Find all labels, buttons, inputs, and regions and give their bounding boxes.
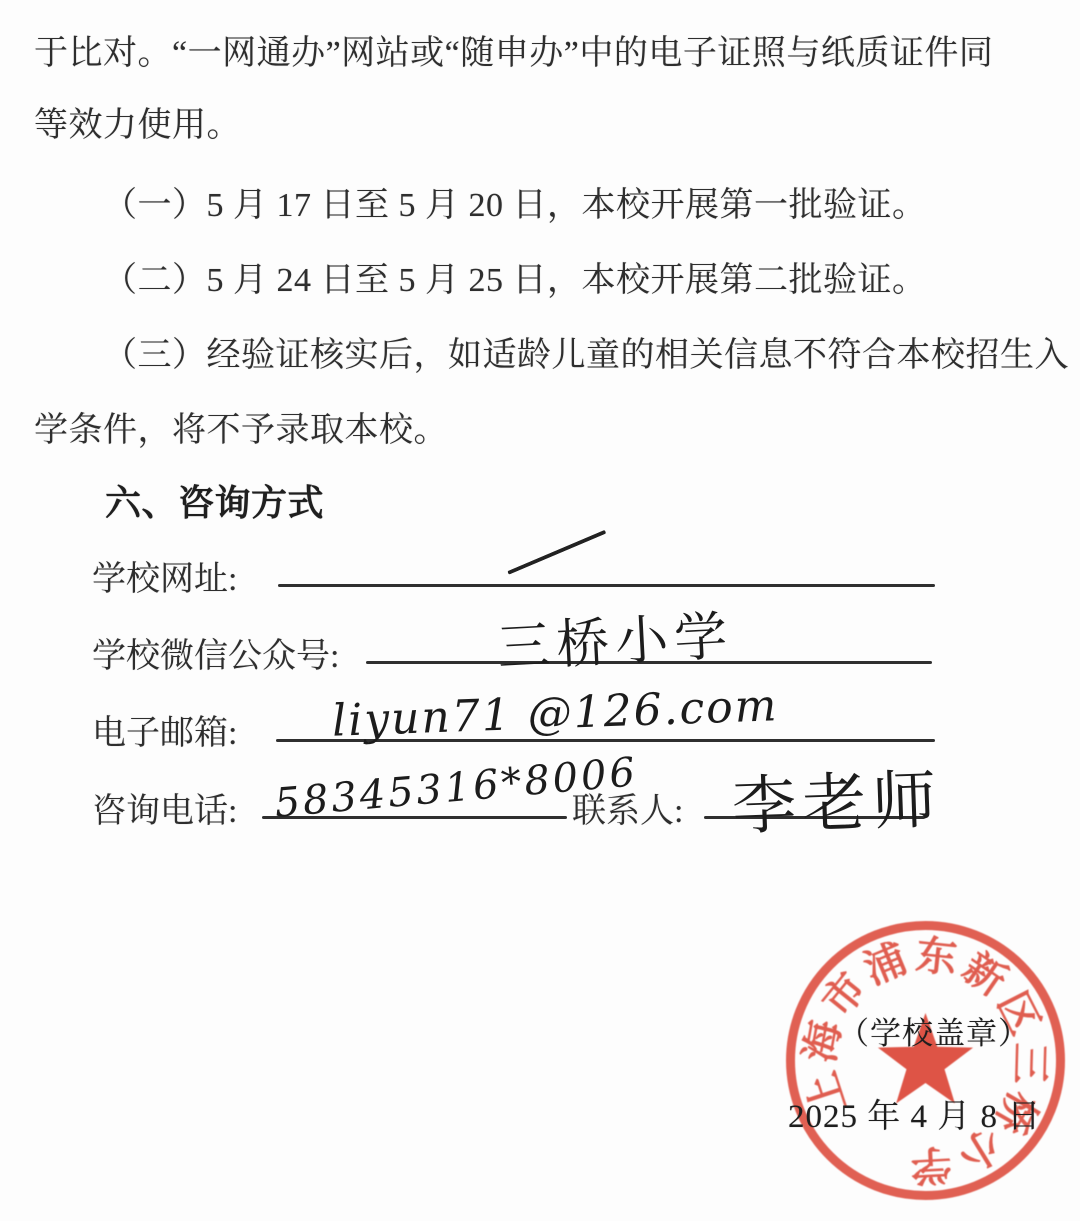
website-label: 学校网址: bbox=[92, 551, 237, 600]
list-item-one: （一）5 月 17 日至 5 月 20 日，本校开展第一批验证。 bbox=[103, 177, 927, 226]
email-handwritten-value: liyun71 @126.com bbox=[331, 680, 779, 747]
document-page: 于比对。“一网通办”网站或“随申办”中的电子证照与纸质证件同 等效力使用。 （一… bbox=[0, 0, 1080, 1221]
section-heading: 六、咨询方式 bbox=[105, 475, 324, 526]
school-seal-stamp: 上 海 市 浦 东 新 区 三 桥 小 学 bbox=[783, 918, 1068, 1203]
contact-label: 联系人: bbox=[572, 783, 683, 832]
list-item-three: （三）经验证核实后，如适龄儿童的相关信息不符合本校招生入 bbox=[103, 327, 1069, 376]
wechat-handwritten-value: 三桥小学 bbox=[495, 594, 735, 682]
website-field-line bbox=[278, 584, 935, 587]
contact-handwritten-value: 李老师 bbox=[730, 748, 943, 847]
paragraph-line: 于比对。“一网通办”网站或“随申办”中的电子证照与纸质证件同 bbox=[34, 25, 993, 74]
seal-char: 东 bbox=[914, 932, 960, 982]
seal-char: 学 bbox=[909, 1141, 952, 1189]
document-date: 2025 年 4 月 8 日 bbox=[788, 1090, 1041, 1137]
list-item-two: （二）5 月 24 日至 5 月 25 日，本校开展第二批验证。 bbox=[103, 252, 927, 301]
school-seal-caption: （学校盖章） bbox=[838, 1008, 1030, 1053]
email-label: 电子邮箱: bbox=[92, 705, 237, 754]
phone-label: 咨询电话: bbox=[92, 783, 237, 832]
paragraph-line: 等效力使用。 bbox=[34, 97, 241, 146]
paragraph-line: 学条件，将不予录取本校。 bbox=[34, 402, 448, 451]
wechat-label: 学校微信公众号: bbox=[92, 628, 339, 677]
handwritten-slash-mark bbox=[507, 530, 606, 575]
